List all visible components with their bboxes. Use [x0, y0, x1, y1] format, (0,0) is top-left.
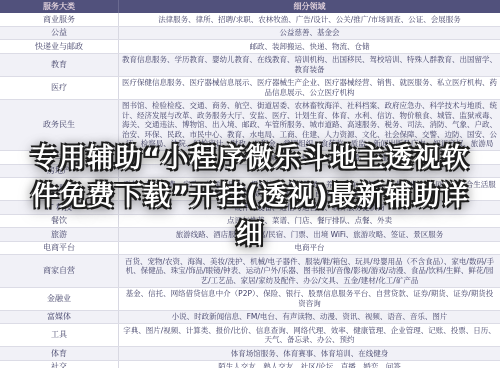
subfields-cell: 邮政、装卸搬运、快递、物流、仓储: [119, 40, 500, 53]
subfields-cell: 法律服务、律所、招聘/求职、农林牧渔、广告/设计、公关/推广/市场调查、公证、会…: [119, 13, 500, 26]
subfields-cell: 医疗保健信息服务、医疗器械信息展示、医疗器械生产企业、医疗器械经营、销售、就医服…: [119, 77, 500, 99]
table-row: 社交陌生人交友、熟人交友、社区/论坛、直播、婚恋、问答: [0, 361, 500, 368]
table-row: 工具字典、图片/视频、计算类、报价/比价、信息查询、网络代理、效率、健康管理、企…: [0, 324, 500, 347]
table-row: 体育体育场馆服务、体育赛事、体育培训、在线健身: [0, 347, 500, 361]
category-cell: 工具: [0, 324, 119, 346]
category-cell: 金融业: [0, 288, 119, 310]
spam-overlay-text: 专用辅助“小程序微乐斗地主透视软件免费下载”开挂(透视)最新辅助详细: [24, 140, 476, 254]
spam-overlay: 专用辅助“小程序微乐斗地主透视软件免费下载”开挂(透视)最新辅助详细: [0, 140, 500, 254]
table-row: 医疗医疗保健信息服务、医疗器械信息展示、医疗器械生产企业、医疗器械经营、销售、就…: [0, 77, 500, 100]
category-cell: 快递业与邮政: [0, 40, 119, 53]
subfields-cell: 陌生人交友、熟人交友、社区/论坛、直播、婚恋、问答: [119, 361, 500, 368]
table-row: 商业服务法律服务、律所、招聘/求职、农林牧渔、广告/设计、公关/推广/市场调查、…: [0, 13, 500, 27]
subfields-cell: 百货、宠物/农资、海淘、美妆/洗护、机械/电子器件、服装/鞋/箱包、玩具/母婴用…: [119, 255, 500, 287]
subfields-cell: 基金、信托、网络借贷信息中介（P2P）、保险、银行、股票信息服务平台、自营贷款、…: [119, 288, 500, 310]
category-cell: 公益: [0, 27, 119, 40]
subfields-cell: 小说、时政新闻信息、FM/电台、有声读物、动漫、资讯、视频、语音、音乐、图片: [119, 311, 500, 324]
table-row: 教育教育信息服务、学历教育、婴幼儿教育、在线教育、培训机构、出国移民、驾校培训、…: [0, 54, 500, 77]
category-cell: 体育: [0, 347, 119, 360]
subfields-cell: 字典、图片/视频、计算类、报价/比价、信息查询、网络代理、效率、健康管理、企业管…: [119, 324, 500, 346]
screenshot-root: 服务大类 细分领域 商业服务法律服务、律所、招聘/求职、农林牧渔、广告/设计、公…: [0, 0, 500, 368]
category-cell: 富媒体: [0, 311, 119, 324]
table-row: 快递业与邮政邮政、装卸搬运、快递、物流、仓储: [0, 40, 500, 54]
table-header-row: 服务大类 细分领域: [0, 0, 500, 13]
subfields-cell: 教育信息服务、学历教育、婴幼儿教育、在线教育、培训机构、出国移民、驾校培训、特殊…: [119, 54, 500, 76]
table-row: 富媒体小说、时政新闻信息、FM/电台、有声读物、动漫、资讯、视频、语音、音乐、图…: [0, 311, 500, 325]
category-cell: 教育: [0, 54, 119, 76]
header-subfields-column: 细分领域: [119, 0, 500, 13]
subfields-cell: 体育场馆服务、体育赛事、体育培训、在线健身: [119, 347, 500, 360]
category-cell: 社交: [0, 361, 119, 368]
table-row: 公益公益慈善、基金会: [0, 27, 500, 41]
category-cell: 商家自营: [0, 255, 119, 287]
category-cell: 医疗: [0, 77, 119, 99]
category-cell: 商业服务: [0, 13, 119, 26]
header-category-column: 服务大类: [0, 0, 119, 13]
table-row: 金融业基金、信托、网络借贷信息中介（P2P）、保险、银行、股票信息服务平台、自营…: [0, 288, 500, 311]
table-row: 商家自营百货、宠物/农资、海淘、美妆/洗护、机械/电子器件、服装/鞋/箱包、玩具…: [0, 255, 500, 288]
subfields-cell: 公益慈善、基金会: [119, 27, 500, 40]
